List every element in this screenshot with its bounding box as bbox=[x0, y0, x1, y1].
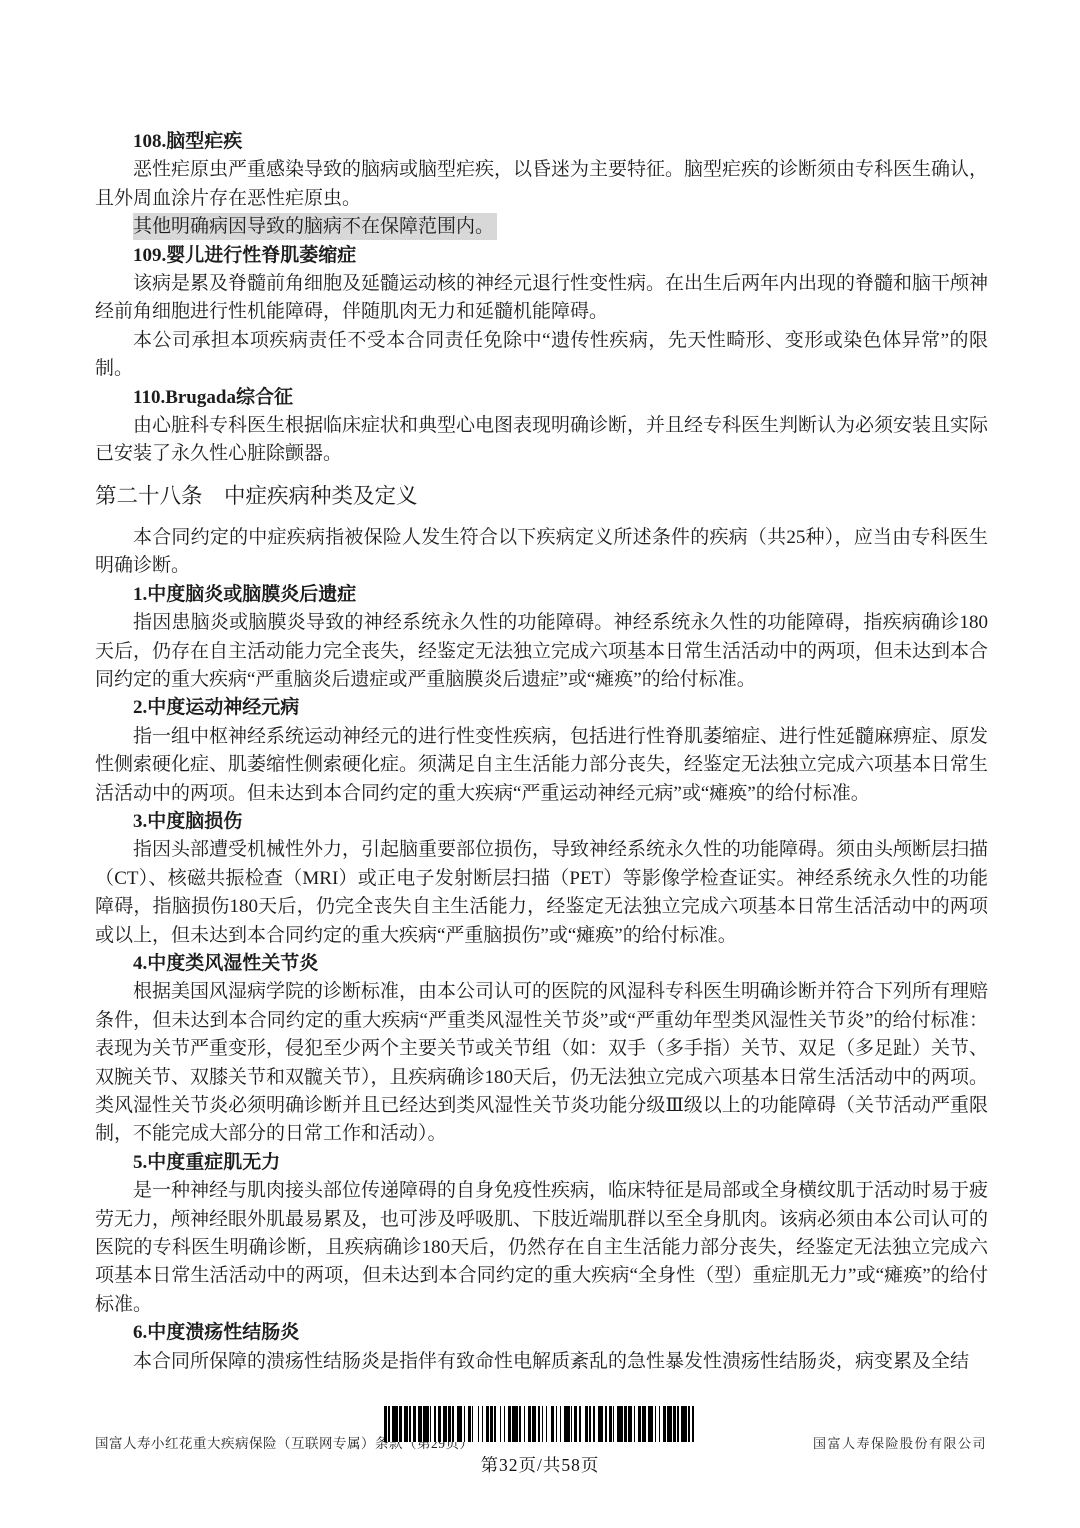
definition-paragraph: 本合同所保障的溃疡性结肠炎是指伴有致命性电解质紊乱的急性暴发性溃疡性结肠炎，病变… bbox=[95, 1348, 988, 1376]
disease-heading: 110.Brugada综合征 bbox=[95, 384, 988, 412]
definition-paragraph: 由心脏科专科医生根据临床症状和典型心电图表现明确诊断，并且经专科医生判断认为必须… bbox=[95, 412, 988, 469]
exclusion-paragraph: 其他明确病因导致的脑病不在保障范围内。 bbox=[95, 213, 988, 241]
definition-paragraph: 指一组中枢神经系统运动神经元的进行性变性疾病，包括进行性脊肌萎缩症、进行性延髓麻… bbox=[95, 723, 988, 808]
page-indicator: 第32页/共58页 bbox=[0, 1452, 1080, 1477]
disease-heading: 3.中度脑损伤 bbox=[95, 808, 988, 836]
article-heading: 第二十八条 中症疾病种类及定义 bbox=[95, 481, 988, 511]
disease-heading: 4.中度类风湿性关节炎 bbox=[95, 950, 988, 978]
definition-paragraph: 本公司承担本项疾病责任不受本合同责任免除中“遗传性疾病，先天性畸形、变形或染色体… bbox=[95, 327, 988, 384]
disease-heading: 2.中度运动神经元病 bbox=[95, 694, 988, 722]
definition-paragraph: 本合同约定的中症疾病指被保险人发生符合以下疾病定义所述条件的疾病（共25种），应… bbox=[95, 524, 988, 581]
disease-heading: 108.脑型疟疾 bbox=[95, 128, 988, 156]
definition-paragraph: 该病是累及脊髓前角细胞及延髓运动核的神经元退行性变性病。在出生后两年内出现的脊髓… bbox=[95, 270, 988, 327]
footer-company-name: 国富人寿保险股份有限公司 bbox=[813, 1433, 987, 1452]
definition-paragraph: 恶性疟原虫严重感染导致的脑病或脑型疟疾，以昏迷为主要特征。脑型疟疾的诊断须由专科… bbox=[95, 156, 988, 213]
disease-heading: 5.中度重症肌无力 bbox=[95, 1149, 988, 1177]
barcode bbox=[384, 1406, 694, 1442]
definition-paragraph: 指因患脑炎或脑膜炎导致的神经系统永久性的功能障碍。神经系统永久性的功能障碍，指疾… bbox=[95, 609, 988, 694]
policy-terms-text: 108.脑型疟疾恶性疟原虫严重感染导致的脑病或脑型疟疾，以昏迷为主要特征。脑型疟… bbox=[95, 128, 988, 1376]
definition-paragraph: 指因头部遭受机械性外力，引起脑重要部位损伤，导致神经系统永久性的功能障碍。须由头… bbox=[95, 836, 988, 950]
document-page: 108.脑型疟疾恶性疟原虫严重感染导致的脑病或脑型疟疾，以昏迷为主要特征。脑型疟… bbox=[0, 0, 1080, 1528]
disease-heading: 6.中度溃疡性结肠炎 bbox=[95, 1319, 988, 1347]
definition-paragraph: 根据美国风湿病学院的诊断标准，由本公司认可的医院的风湿科专科医生明确诊断并符合下… bbox=[95, 978, 988, 1148]
disease-heading: 1.中度脑炎或脑膜炎后遗症 bbox=[95, 581, 988, 609]
disease-heading: 109.婴儿进行性脊肌萎缩症 bbox=[95, 242, 988, 270]
definition-paragraph: 是一种神经与肌肉接头部位传递障碍的自身免疫性疾病，临床特征是局部或全身横纹肌于活… bbox=[95, 1177, 988, 1319]
gray-highlight: 其他明确病因导致的脑病不在保障范围内。 bbox=[133, 213, 497, 240]
